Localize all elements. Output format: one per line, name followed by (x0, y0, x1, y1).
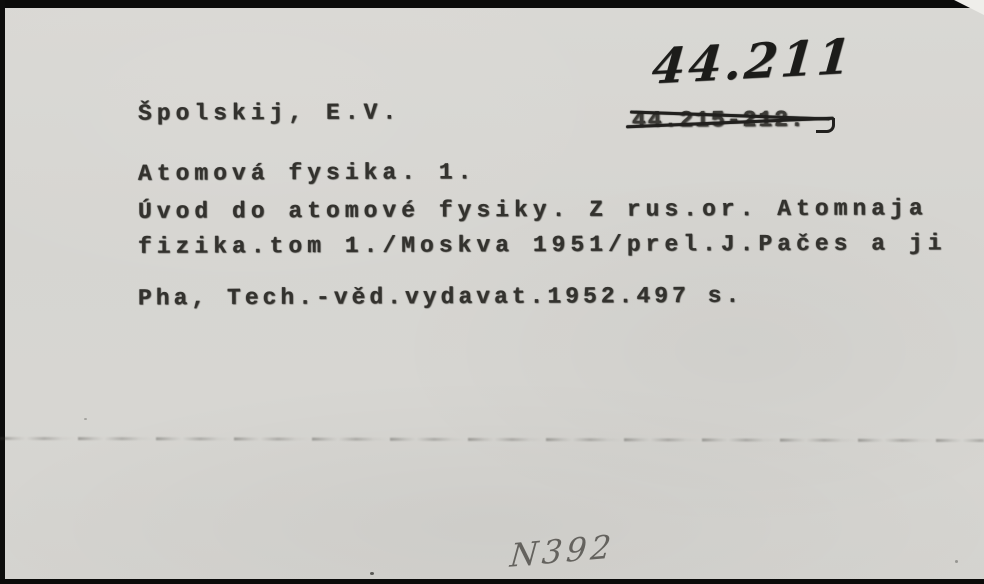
imprint-line: Pha, Tech.-věd.vydavat.1952.497 s. (138, 283, 743, 312)
scan-edge-left (0, 0, 5, 584)
scan-speckle (955, 560, 958, 563)
description-line-2: fizika.tom 1./Moskva 1951/prel.J.Pačes a… (138, 230, 947, 260)
scan-edge-bottom (0, 579, 984, 584)
card-rule-line (0, 437, 984, 442)
description-line-1: Úvod do atomové fysiky. Z rus.or. Atomna… (138, 195, 928, 224)
author-heading: Špolskij, E.V. (138, 99, 401, 126)
handwritten-call-number: 44.211 (650, 29, 856, 96)
scan-speckle (370, 572, 374, 575)
scan-edge-top (0, 0, 984, 8)
title-line: Atomová fysika. 1. (138, 159, 477, 186)
handwritten-accession-note: N392 (509, 527, 617, 575)
scan-speckle (84, 418, 87, 420)
strikethrough-pen-hook (816, 118, 835, 133)
catalog-card-scan: 44.211 44.215-212. Špolskij, E.V. Atomov… (0, 0, 984, 584)
